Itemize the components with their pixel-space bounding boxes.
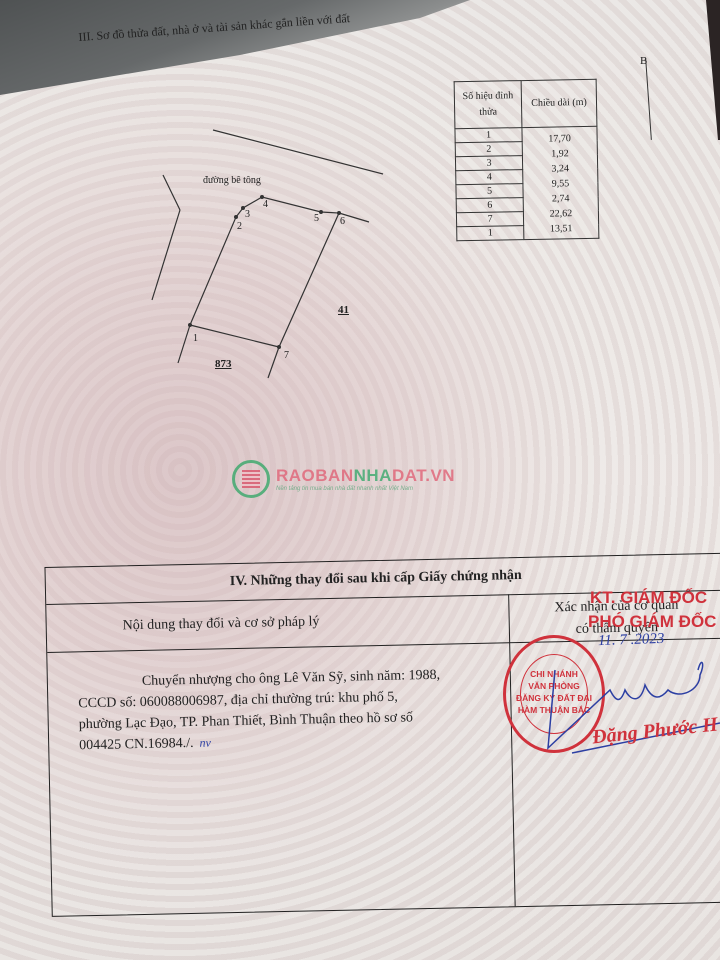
signature (0, 0, 720, 960)
